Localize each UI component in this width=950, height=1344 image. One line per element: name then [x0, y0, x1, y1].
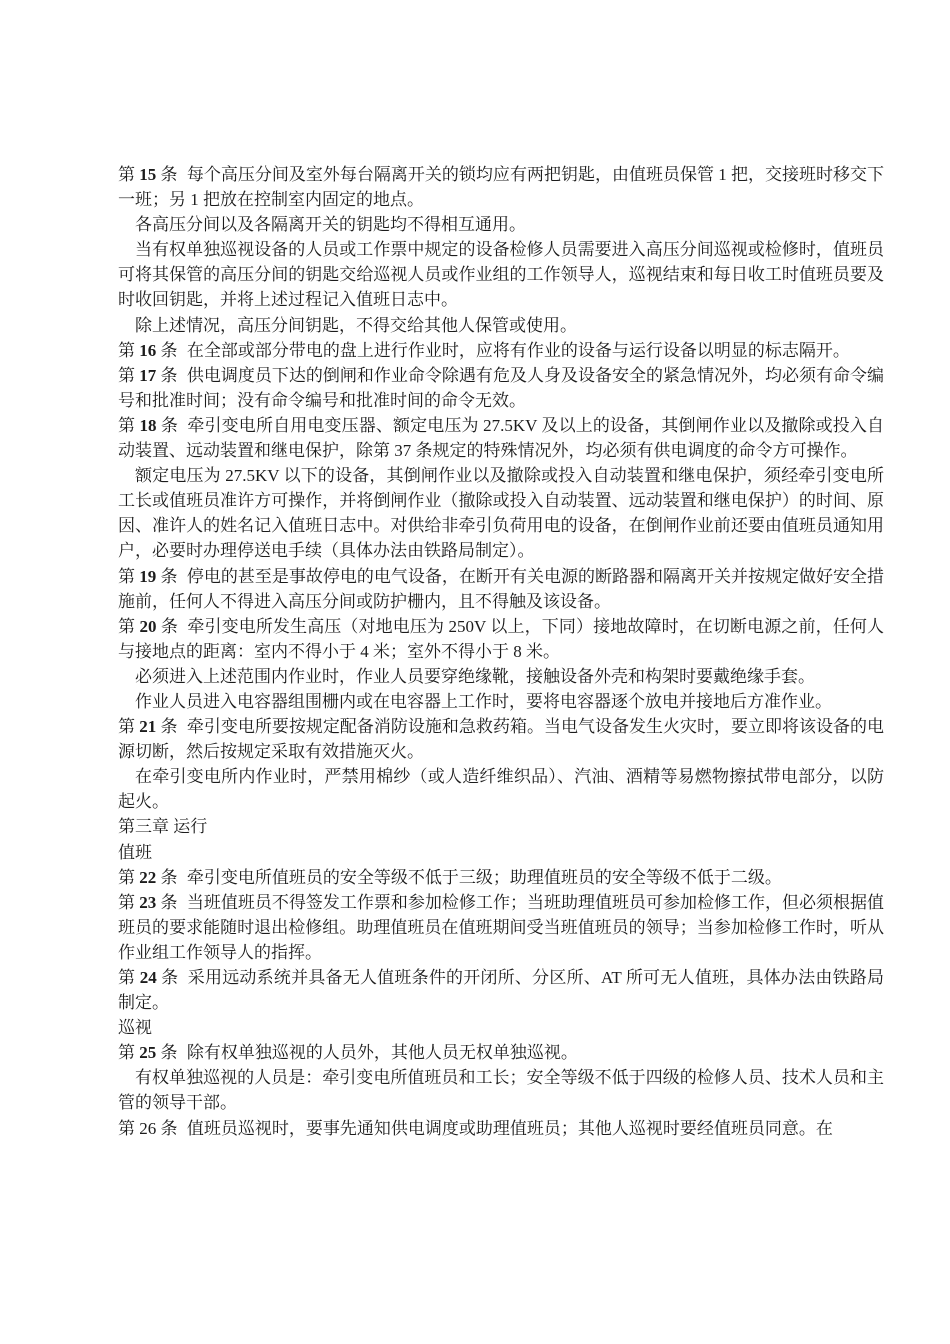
document-text-block: 第 15 条每个高压分间及室外每台隔离开关的锁均应有两把钥匙，由值班员保管 1 … — [118, 162, 884, 1141]
article-number-label: 第 24 条 — [118, 968, 178, 987]
body-paragraph: 除上述情况，高压分间钥匙，不得交给其他人保管或使用。 — [118, 313, 884, 338]
article-number: 21 — [139, 717, 156, 736]
article-paragraph: 第 16 条在全部或部分带电的盘上进行作业时，应将有作业的设备与运行设备以明显的… — [118, 338, 884, 363]
article-paragraph: 第 24 条采用远动系统并具备无人值班条件的开闭所、分区所、AT 所可无人值班，… — [118, 965, 884, 1015]
article-text: 值班员巡视时，要事先通知供电调度或助理值班员；其他人巡视时要经值班员同意。在 — [187, 1119, 833, 1138]
body-paragraph: 当有权单独巡视设备的人员或工作票中规定的设备检修人员需要进入高压分间巡视或检修时… — [118, 237, 884, 312]
article-number-label: 第 17 条 — [118, 366, 178, 385]
section-heading: 巡视 — [118, 1015, 884, 1040]
article-text: 采用远动系统并具备无人值班条件的开闭所、分区所、AT 所可无人值班，具体办法由铁… — [118, 968, 884, 1012]
document-page: 第 15 条每个高压分间及室外每台隔离开关的锁均应有两把钥匙，由值班员保管 1 … — [0, 0, 950, 1344]
body-paragraph: 在牵引变电所内作业时，严禁用棉纱（或人造纤维织品）、汽油、酒精等易燃物擦拭带电部… — [118, 764, 884, 814]
article-number: 16 — [139, 341, 156, 360]
body-paragraph: 额定电压为 27.5KV 以下的设备，其倒闸作业以及撤除或投入自动装置和继电保护… — [118, 463, 884, 563]
article-paragraph: 第 26 条值班员巡视时，要事先通知供电调度或助理值班员；其他人巡视时要经值班员… — [118, 1116, 884, 1141]
article-number-label: 第 16 条 — [118, 341, 178, 360]
article-text: 每个高压分间及室外每台隔离开关的锁均应有两把钥匙，由值班员保管 1 把，交接班时… — [118, 165, 884, 209]
section-heading: 值班 — [118, 840, 884, 865]
article-text: 除有权单独巡视的人员外，其他人员无权单独巡视。 — [187, 1043, 578, 1062]
article-text: 牵引变电所值班员的安全等级不低于三级；助理值班员的安全等级不低于二级。 — [187, 868, 782, 887]
article-number-label: 第 25 条 — [118, 1043, 178, 1062]
article-number: 23 — [139, 893, 156, 912]
article-number-label: 第 18 条 — [118, 416, 178, 435]
article-text: 供电调度员下达的倒闸和作业命令除遇有危及人身及设备安全的紧急情况外，均必须有命令… — [118, 366, 884, 410]
article-number: 19 — [139, 567, 156, 586]
article-number: 18 — [140, 416, 157, 435]
article-number: 22 — [139, 868, 156, 887]
article-text: 在全部或部分带电的盘上进行作业时，应将有作业的设备与运行设备以明显的标志隔开。 — [187, 341, 850, 360]
article-number: 25 — [139, 1043, 156, 1062]
article-number-label: 第 21 条 — [118, 717, 178, 736]
article-paragraph: 第 17 条供电调度员下达的倒闸和作业命令除遇有危及人身及设备安全的紧急情况外，… — [118, 363, 884, 413]
article-text: 牵引变电所自用电变压器、额定电压为 27.5KV 及以上的设备，其倒闸作业以及撤… — [118, 416, 884, 460]
article-paragraph: 第 15 条每个高压分间及室外每台隔离开关的锁均应有两把钥匙，由值班员保管 1 … — [118, 162, 884, 212]
article-number: 17 — [139, 366, 156, 385]
article-text: 停电的甚至是事故停电的电气设备，在断开有关电源的断路器和隔离开关并按规定做好安全… — [118, 567, 884, 611]
body-paragraph: 必须进入上述范围内作业时，作业人员要穿绝缘靴，接触设备外壳和构架时要戴绝缘手套。 — [118, 664, 884, 689]
article-text: 当班值班员不得签发工作票和参加检修工作；当班助理值班员可参加检修工作，但必须根据… — [118, 893, 884, 962]
article-text: 牵引变电所发生高压（对地电压为 250V 以上，下同）接地故障时，在切断电源之前… — [118, 617, 884, 661]
article-number: 20 — [140, 617, 157, 636]
chapter-heading: 第三章 运行 — [118, 814, 884, 839]
article-text: 牵引变电所要按规定配备消防设施和急救药箱。当电气设备发生火灾时，要立即将该设备的… — [118, 717, 884, 761]
article-number-label: 第 20 条 — [118, 617, 178, 636]
article-paragraph: 第 18 条牵引变电所自用电变压器、额定电压为 27.5KV 及以上的设备，其倒… — [118, 413, 884, 463]
article-number: 24 — [140, 968, 157, 987]
article-paragraph: 第 22 条牵引变电所值班员的安全等级不低于三级；助理值班员的安全等级不低于二级… — [118, 865, 884, 890]
article-number-label: 第 26 条 — [118, 1119, 178, 1138]
article-number: 26 — [139, 1119, 156, 1138]
body-paragraph: 各高压分间以及各隔离开关的钥匙均不得相互通用。 — [118, 212, 884, 237]
article-number-label: 第 15 条 — [118, 165, 178, 184]
article-number-label: 第 19 条 — [118, 567, 178, 586]
article-number-label: 第 23 条 — [118, 893, 178, 912]
article-paragraph: 第 20 条牵引变电所发生高压（对地电压为 250V 以上，下同）接地故障时，在… — [118, 614, 884, 664]
article-paragraph: 第 25 条除有权单独巡视的人员外，其他人员无权单独巡视。 — [118, 1040, 884, 1065]
body-paragraph: 有权单独巡视的人员是：牵引变电所值班员和工长；安全等级不低于四级的检修人员、技术… — [118, 1065, 884, 1115]
article-number: 15 — [139, 165, 156, 184]
body-paragraph: 作业人员进入电容器组围栅内或在电容器上工作时，要将电容器逐个放电并接地后方准作业… — [118, 689, 884, 714]
article-paragraph: 第 19 条停电的甚至是事故停电的电气设备，在断开有关电源的断路器和隔离开关并按… — [118, 564, 884, 614]
article-number-label: 第 22 条 — [118, 868, 178, 887]
article-paragraph: 第 21 条牵引变电所要按规定配备消防设施和急救药箱。当电气设备发生火灾时，要立… — [118, 714, 884, 764]
article-paragraph: 第 23 条当班值班员不得签发工作票和参加检修工作；当班助理值班员可参加检修工作… — [118, 890, 884, 965]
